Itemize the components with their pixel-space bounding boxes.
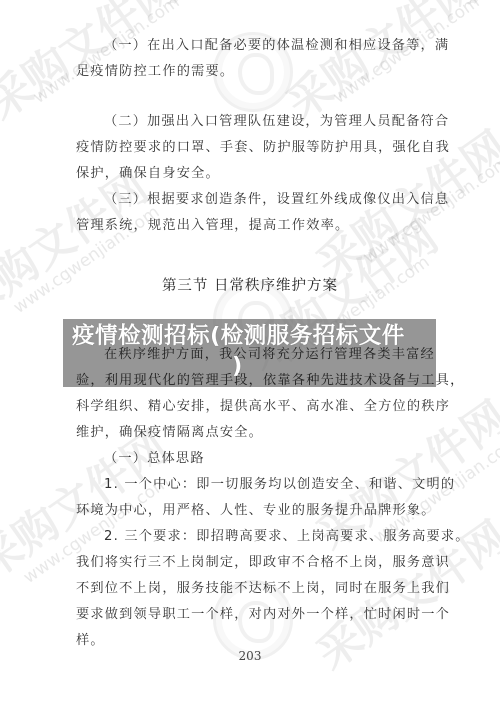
text-line: （一）在出入口配备必要的体温检测和相应设备等，满	[76, 37, 456, 55]
text-line: 不到位不上岗，服务技能不达标不上岗，同时在服务上我们	[76, 580, 428, 598]
text-line: 保护，确保自身安全。	[76, 165, 428, 183]
text-line: （三）根据要求创造条件，设置红外线成像仪出入信息	[76, 191, 456, 209]
page-number: 203	[0, 649, 500, 663]
text-line: 足疫情防控工作的需要。	[76, 63, 428, 81]
text-line: 环境为中心，用严格、人性、专业的服务提升品牌形象。	[76, 502, 428, 520]
text-line: 科学组织、精心安排，提供高水平、高水准、全方位的秩序	[76, 398, 428, 416]
text-line: 2. 三个要求：即招聘高要求、上岗高要求、服务高要求。	[76, 528, 456, 546]
text-line: 维护，确保疫情隔离点安全。	[76, 424, 428, 442]
section-heading: 第三节 日常秩序维护方案	[0, 274, 500, 295]
text-line: 1. 一个中心：即一切服务均以创造安全、和谐、文明的	[76, 476, 456, 494]
text-line: 样。	[76, 632, 428, 650]
text-line: 疫情防控要求的口罩、手套、防护服等防护用具，强化自我	[76, 139, 428, 157]
text-line: 要求做到领导职工一个样，对内对外一个样，忙时闲时一个	[76, 606, 428, 624]
banner-title-line1: 疫情检测招标(检测服务招标文件	[72, 323, 405, 349]
text-line: 我们将实行三不上岗制定，即政审不合格不上岗，服务意识	[76, 554, 428, 572]
text-line: （二）加强出入口管理队伍建设，为管理人员配备符合	[76, 113, 456, 131]
text-line: （一）总体思路	[76, 450, 456, 468]
banner-title-line2: )	[72, 351, 432, 381]
document-page: （一）在出入口配备必要的体温检测和相应设备等，满 足疫情防控工作的需要。 （二）…	[0, 0, 500, 707]
text-line: 管理系统，规范出入管理，提高工作效率。	[76, 217, 428, 235]
banner-title: 疫情检测招标(检测服务招标文件 )	[72, 321, 432, 381]
